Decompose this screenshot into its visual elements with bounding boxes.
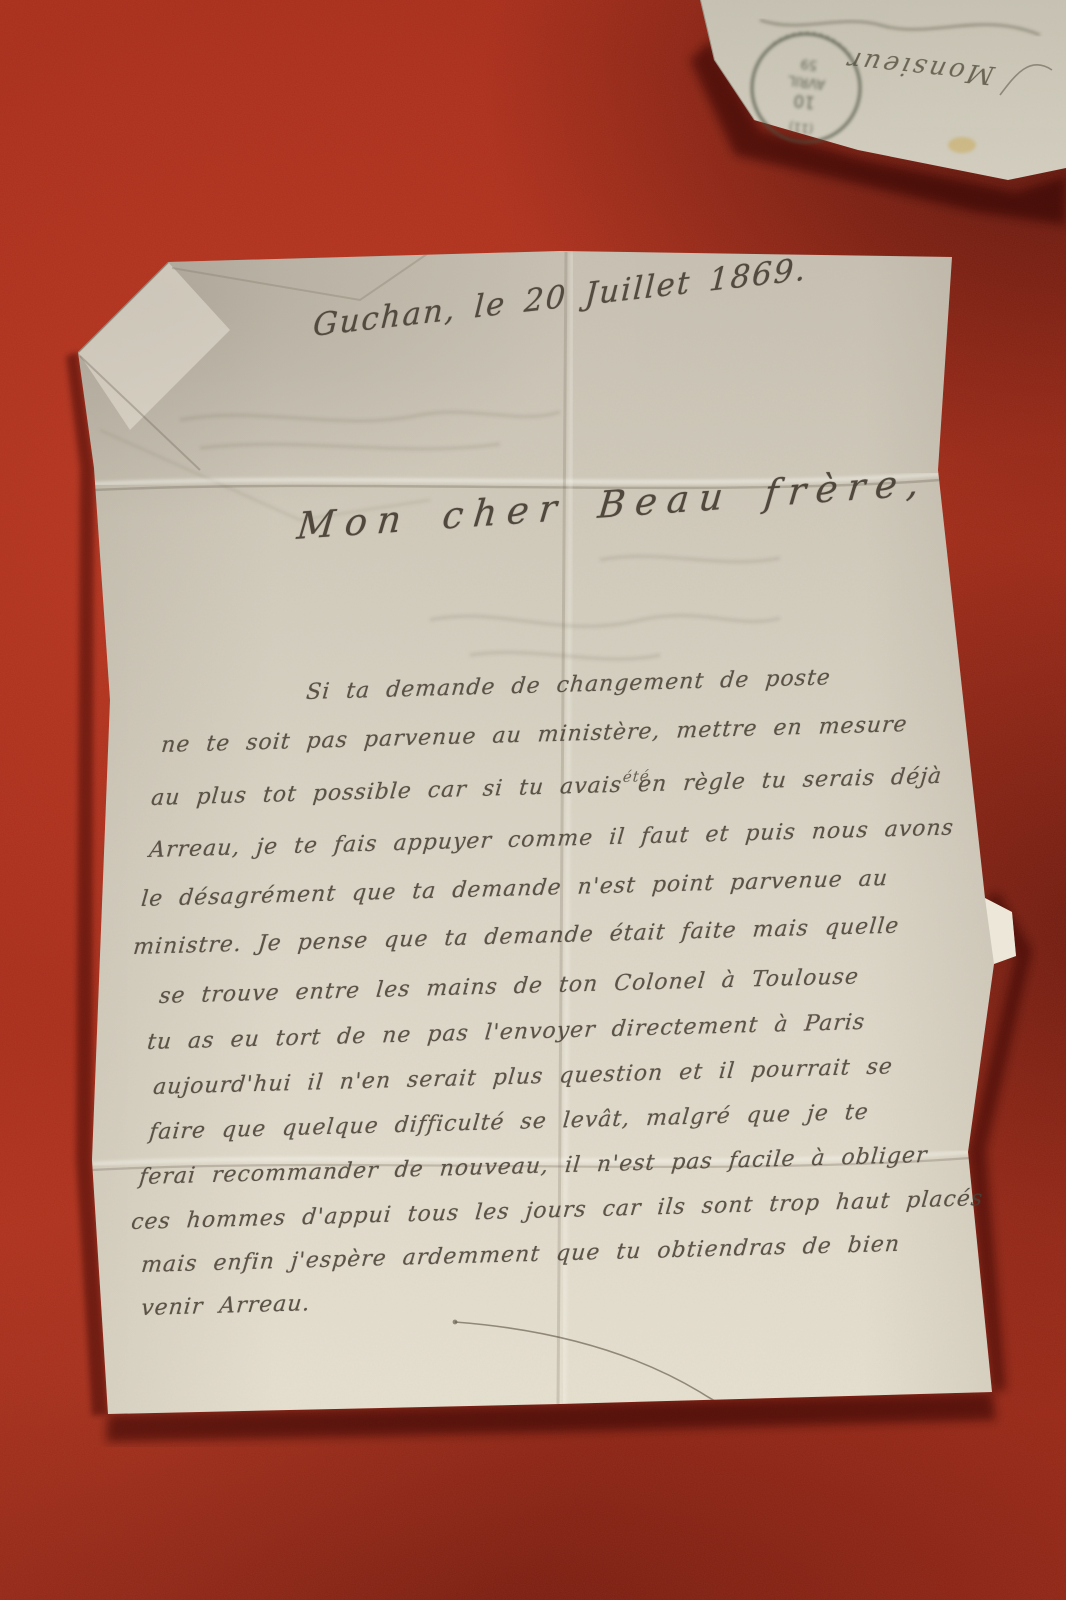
postmark-day: 10 [792,90,816,112]
postmark-code: (11) [788,119,814,136]
old-letter [0,240,1066,1440]
photo-scene: { "letter": { "dateline": "Guchan, le 20… [0,0,1066,1600]
postmark-year: 59 [800,55,818,72]
scene-graphics: (11) 10 AVRIL 59 [0,0,1066,1600]
wax-spot [948,137,976,153]
flourish-dot [453,1320,458,1325]
